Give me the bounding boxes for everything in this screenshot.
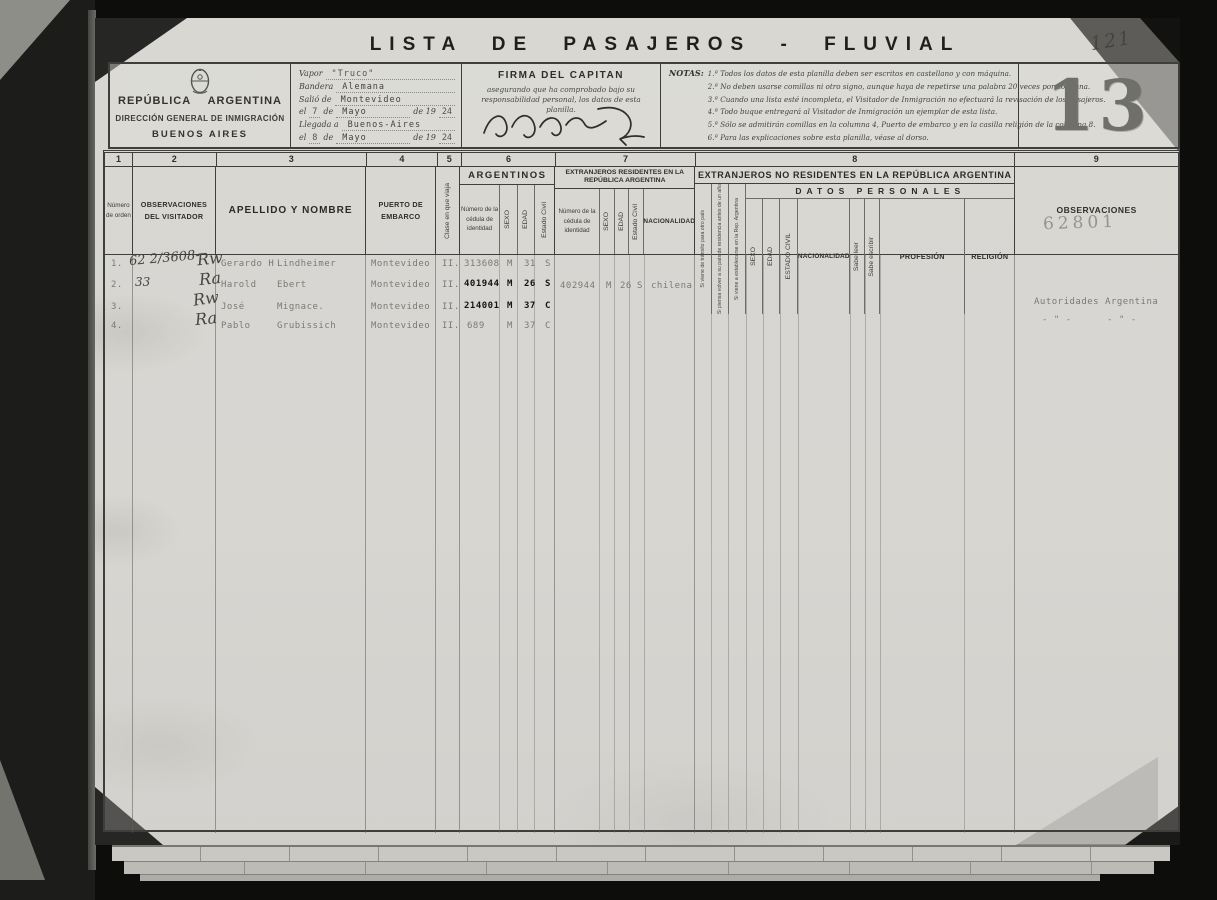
page-edge-stack-1 [112, 845, 1170, 861]
row2-num: 2. [111, 280, 123, 290]
passenger-table: 1 2 3 4 5 6 7 8 9 Número de orden OBSERV… [103, 150, 1180, 832]
llegada-value: Buenos-Aires [342, 120, 455, 131]
row3-arg-sexo: M [507, 301, 513, 311]
row4-arg-edad: 37 [524, 321, 536, 331]
row4-arg-sexo: M [507, 321, 513, 331]
issuer-country-right: ARGENTINA [208, 95, 282, 107]
row4-clase: II. [442, 321, 460, 331]
row2-obs-hand: 33 [135, 275, 150, 289]
llegada-date-field: el 8 de Mayo de 19 24 [299, 133, 455, 144]
row2-port: Montevideo [371, 280, 430, 290]
row1-initials: Rw [196, 248, 224, 270]
issuer-city: BUENOS AIRES [110, 129, 290, 140]
issuer-office: DIRECCIÓN GENERAL DE INMIGRACIÓN [110, 114, 290, 123]
row3-num: 3. [111, 302, 123, 312]
page-edge-stack-3 [140, 874, 1100, 881]
row1-clase: II. [442, 259, 460, 269]
captain-title: FIRMA DEL CAPITAN [462, 70, 660, 81]
bandera-field: Bandera Alemana [299, 82, 455, 93]
passenger-rows: 1. 62 2/3608- Rw Gerardo H Lindheimer Mo… [105, 153, 1178, 830]
row2-ext-sexo: M [606, 281, 612, 291]
row1-arg-cedula: 313608 [464, 259, 500, 269]
row2-arg-edad: 26 [524, 279, 536, 289]
salio-value: Montevideo [335, 95, 456, 106]
salio-day: 7 [309, 107, 320, 118]
issuer-box: REPÚBLICA ARGENTINA DIRECCIÓN GENERAL DE… [110, 64, 291, 147]
row2-clase: II. [442, 280, 460, 290]
row1-first: Gerardo H [221, 259, 274, 269]
scanned-document: 121 LISTA DE PASAJEROS - FLUVIAL REPÚBLI… [0, 0, 1217, 900]
llegada-year: 24 [439, 133, 455, 144]
row3-port: Montevideo [371, 302, 430, 312]
vapor-value: "Truco" [326, 69, 456, 80]
captain-box: FIRMA DEL CAPITAN asegurando que ha comp… [462, 64, 661, 147]
row4-last: Grubissich [277, 321, 336, 331]
sheet-number-stamp: 13 [1019, 64, 1178, 148]
document-page: 121 LISTA DE PASAJEROS - FLUVIAL REPÚBLI… [95, 18, 1180, 845]
row1-port: Montevideo [371, 259, 430, 269]
bandera-value: Alemana [336, 82, 455, 93]
voyage-box: Vapor "Truco" Bandera Alemana Salió de M… [291, 64, 462, 147]
row3-clase: II. [442, 302, 460, 312]
salio-year: 24 [439, 107, 455, 118]
row4-arg-cedula: 689 [467, 321, 485, 331]
notes-box: NOTAS: 1.ª Todos los datos de esta plani… [661, 64, 1019, 147]
row1-last: Lindheimer [277, 259, 336, 269]
row2-ext-nacionalidad: chilena [651, 281, 692, 291]
document-title: LISTA DE PASAJEROS - FLUVIAL [345, 34, 985, 56]
row2-ext-estado: S [637, 281, 643, 291]
row3-initials: Rw [192, 287, 220, 309]
row2-arg-sexo: M [507, 279, 513, 289]
notas-label: NOTAS: [669, 68, 704, 145]
sheet-number-box: 13 [1019, 64, 1178, 147]
row3-arg-edad: 37 [524, 301, 536, 311]
row1-obs-hand: 62 2/3608- [128, 248, 200, 269]
llegada-field: Llegada a Buenos-Aires [299, 120, 455, 131]
llegada-day: 8 [309, 133, 320, 144]
header-band: REPÚBLICA ARGENTINA DIRECCIÓN GENERAL DE… [108, 62, 1180, 149]
row3-last: Mignace. [277, 302, 324, 312]
captain-signature [474, 101, 650, 147]
row3-arg-estado: C [545, 301, 551, 311]
row4-num: 4. [111, 321, 123, 331]
llegada-month: Mayo [336, 133, 410, 144]
row3-first: José [221, 302, 245, 312]
row2-initials: Ra [198, 268, 222, 289]
row4-first: Pablo [221, 321, 251, 331]
row4-arg-estado: C [545, 321, 551, 331]
salio-month: Mayo [336, 107, 410, 118]
row2-first: Harold [221, 280, 257, 290]
row2-ext-cedula: 402944 [560, 281, 596, 291]
row2-ext-edad: 26 [620, 281, 632, 291]
row1-num: 1. [111, 259, 123, 269]
salio-field: Salió de Montevideo [299, 95, 455, 106]
row4-obs: - " - - " - [1042, 315, 1137, 325]
row1-arg-sexo: M [507, 259, 513, 269]
row2-last: Ebert [277, 280, 307, 290]
row4-port: Montevideo [371, 321, 430, 331]
row4-initials: Ra [194, 308, 218, 329]
row3-obs: Autoridades Argentina [1034, 297, 1158, 307]
page-edge-stack-2 [124, 861, 1154, 874]
row2-arg-estado: S [545, 279, 551, 289]
row1-arg-edad: 31 [524, 259, 536, 269]
salio-date-field: el 7 de Mayo de 19 24 [299, 107, 455, 118]
book-spine [0, 0, 95, 900]
row2-arg-cedula: 401944 [464, 279, 500, 289]
issuer-country-left: REPÚBLICA [118, 95, 191, 107]
row3-arg-cedula: 214001 [464, 301, 500, 311]
row1-arg-estado: S [545, 259, 551, 269]
vapor-field: Vapor "Truco" [299, 69, 455, 80]
